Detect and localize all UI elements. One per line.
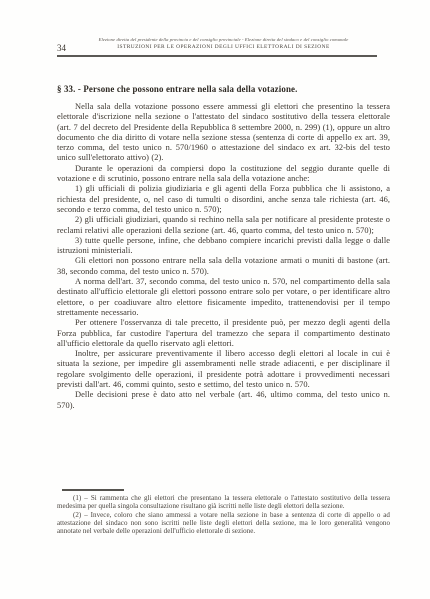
- body-paragraph: Gli elettori non possono entrare nella s…: [57, 256, 390, 277]
- footnote-separator: [62, 489, 124, 491]
- running-head-title: Elezione diretta del presidente della pr…: [57, 37, 390, 43]
- running-head-subtitle: ISTRUZIONI PER LE OPERAZIONI DEGLI UFFIC…: [57, 44, 390, 51]
- body-paragraph: 1) gli ufficiali di polizia giudiziaria …: [57, 184, 390, 215]
- footnote: (1) – Si rammenta che gli elettori che p…: [57, 494, 390, 511]
- document-page: 34 Elezione diretta del presidente della…: [0, 0, 430, 599]
- running-header: 34 Elezione diretta del presidente della…: [57, 37, 390, 51]
- body-paragraph: Nella sala della votazione possono esser…: [57, 102, 390, 164]
- footnote: (2) – Invece, coloro che siano ammessi a…: [57, 511, 390, 536]
- body-paragraph: Delle decisioni prese è dato atto nel ve…: [57, 390, 390, 411]
- section-title: § 33. - Persone che possono entrare nell…: [57, 84, 390, 95]
- body-paragraph: Durante le operazioni da compiersi dopo …: [57, 164, 390, 185]
- body-paragraph: Inoltre, per assicurare preventivamente …: [57, 349, 390, 390]
- footnotes-section: (1) – Si rammenta che gli elettori che p…: [57, 489, 390, 535]
- header-rule: [57, 55, 377, 57]
- body-paragraph: 3) tutte quelle persone, infine, che deb…: [57, 236, 390, 257]
- body-paragraph: Per ottenere l'osservanza di tale precet…: [57, 318, 390, 349]
- main-text-block: § 33. - Persone che possono entrare nell…: [57, 84, 390, 411]
- body-paragraph: A norma dell'art. 37, secondo comma, del…: [57, 277, 390, 318]
- page-number: 34: [57, 43, 66, 53]
- body-paragraph: 2) gli ufficiali giudiziari, quando si r…: [57, 215, 390, 236]
